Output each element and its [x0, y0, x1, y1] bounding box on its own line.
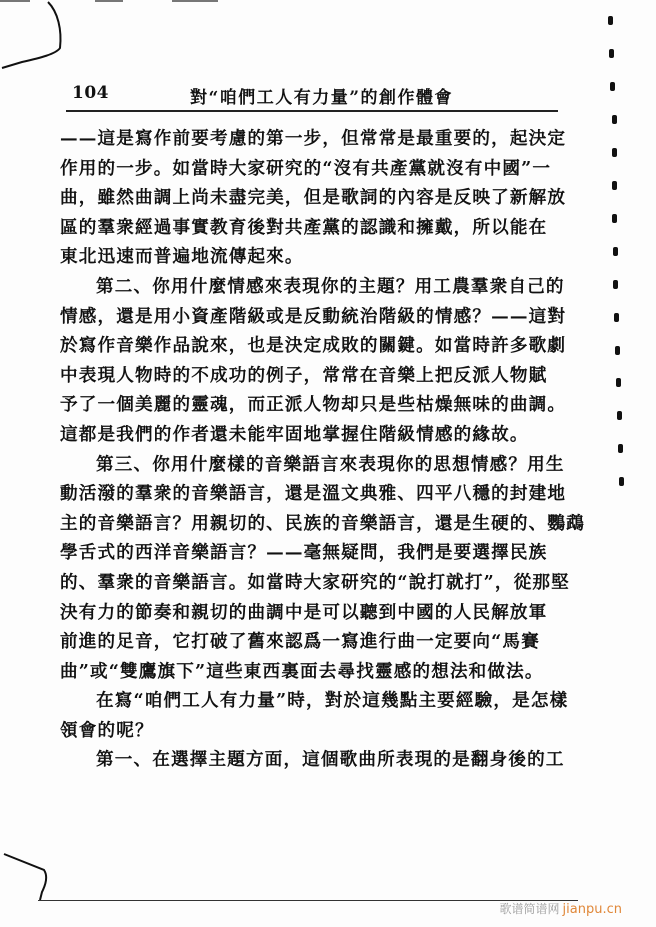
binding-hole-mark [613, 247, 618, 256]
paragraph-start-line: 第三、你用什麼樣的音樂語言來表現你的思想情感？用生 [60, 450, 556, 480]
binding-hole-mark [612, 115, 617, 124]
binding-hole-mark [615, 346, 620, 355]
text-line: 作用的一步。如當時大家研究的“沒有共產黨就沒有中國”一 [60, 154, 556, 184]
binding-hole-mark [619, 477, 624, 486]
scanned-page: 104 對“咱們工人有力量”的創作體會 ——這是寫作前要考慮的第一步，但常常是最… [0, 0, 656, 927]
binding-hole-mark [612, 181, 617, 190]
binding-holes [600, 0, 640, 927]
text-line: 中表現人物時的不成功的例子，常常在音樂上把反派人物賦 [60, 361, 556, 391]
body-text: ——這是寫作前要考慮的第一步，但常常是最重要的，起決定 作用的一步。如當時大家研… [60, 124, 556, 775]
top-edge-marks [0, 0, 656, 4]
paragraph-start-line: 在寫“咱們工人有力量”時，對於這幾點主要經驗，是怎樣 [60, 686, 556, 716]
binding-hole-mark [612, 148, 617, 157]
binding-hole-mark [609, 49, 614, 58]
watermark-cjk: 歌谱简谱网 [500, 902, 560, 916]
binding-hole-mark [608, 16, 613, 25]
running-head: 104 對“咱們工人有力量”的創作體會 [72, 83, 554, 109]
text-line: 的、羣衆的音樂語言。如當時大家研究的“說打就打”，從那堅 [60, 568, 556, 598]
watermark-latin: jianpu.cn [563, 902, 622, 917]
page-curl-artifact-top [0, 0, 80, 80]
binding-hole-mark [616, 378, 621, 387]
text-line: 這都是我們的作者還未能牢固地掌握住階級情感的緣故。 [60, 420, 556, 450]
site-watermark: 歌谱简谱网jianpu.cn [500, 900, 622, 917]
binding-hole-mark [617, 411, 622, 420]
text-line: 曲”或“雙鷹旗下”這些東西裏面去尋找靈感的想法和做法。 [60, 657, 556, 687]
text-line: ——這是寫作前要考慮的第一步，但常常是最重要的，起決定 [60, 124, 556, 154]
binding-hole-mark [614, 313, 619, 322]
text-line: 動活潑的羣衆的音樂語言，還是溫文典雅、四平八穩的封建地 [60, 479, 556, 509]
binding-hole-mark [613, 280, 618, 289]
text-line: 決有力的節奏和親切的曲調中是可以聽到中國的人民解放軍 [60, 598, 556, 628]
text-line: 於寫作音樂作品說來，也是決定成敗的關鍵。如當時許多歌劇 [60, 331, 556, 361]
binding-hole-mark [610, 82, 615, 91]
edge-mark [172, 0, 218, 2]
bottom-edge-rule [38, 900, 578, 901]
paragraph-start-line: 第二、你用什麼情感來表現你的主題？用工農羣衆自己的 [60, 272, 556, 302]
text-line: 主的音樂語言？用親切的、民族的音樂語言，還是生硬的、鸚鵡 [60, 509, 556, 539]
text-line: 予了一個美麗的靈魂，而正派人物却只是些枯燥無味的曲調。 [60, 390, 556, 420]
binding-hole-mark [612, 214, 617, 223]
text-line: 曲，雖然曲調上尚未盡完美，但是歌詞的內容是反映了新解放 [60, 183, 556, 213]
text-line: 區的羣衆經過事實教育後對共產黨的認識和擁戴，所以能在 [60, 213, 556, 243]
text-line: 情感，還是用小資產階級或是反動統治階級的情感？——這對 [60, 302, 556, 332]
text-line: 東北迅速而普遍地流傳起來。 [60, 242, 556, 272]
edge-mark [95, 0, 123, 2]
running-title: 對“咱們工人有力量”的創作體會 [190, 83, 453, 108]
page-number: 104 [72, 83, 109, 103]
header-rule [66, 110, 558, 112]
text-line: 領會的呢？ [60, 716, 556, 746]
text-line: 前進的足音，它打破了舊來認爲一寫進行曲一定要向“馬賽 [60, 627, 556, 657]
binding-hole-mark [618, 444, 623, 453]
paragraph-start-line: 第一、在選擇主題方面，這個歌曲所表現的是翻身後的工 [60, 745, 556, 775]
text-line: 學舌式的西洋音樂語言？——毫無疑問，我們是要選擇民族 [60, 538, 556, 568]
